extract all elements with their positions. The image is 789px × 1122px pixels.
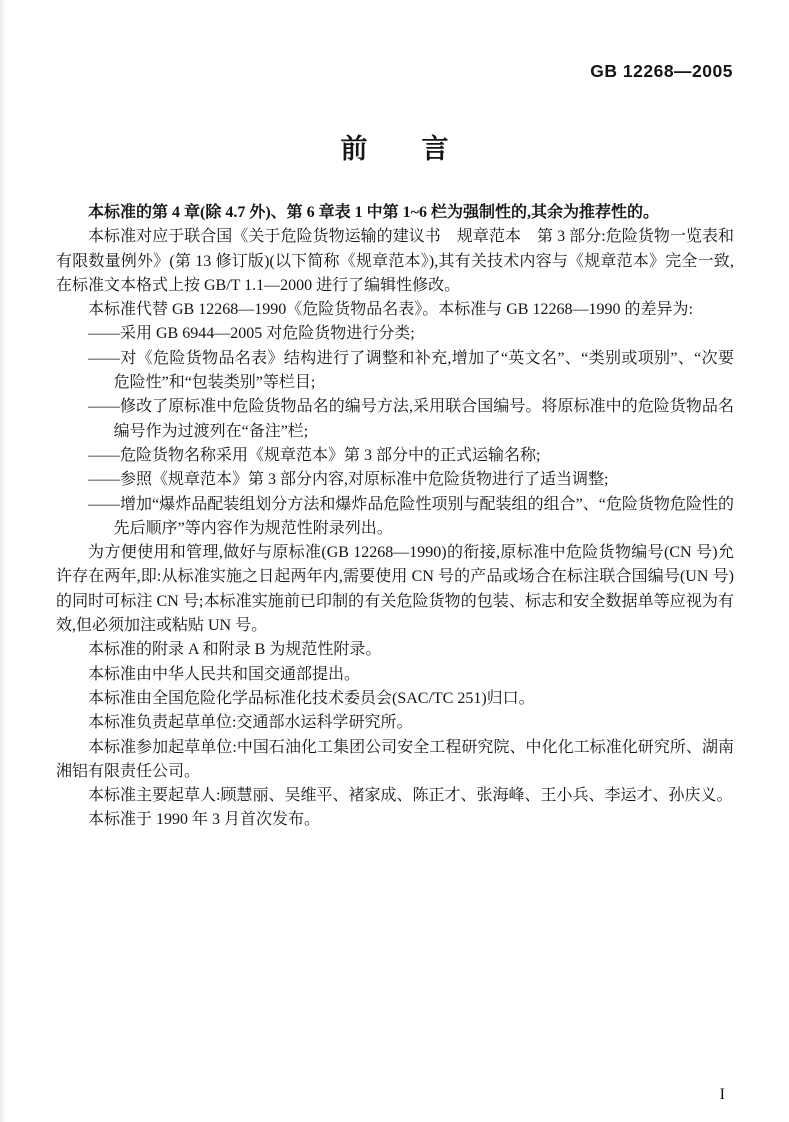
foreword-paragraph: 本标准主要起草人:顾慧丽、吴维平、褚家成、陈正才、张海峰、王小兵、李运才、孙庆义… (56, 784, 734, 808)
standard-code: GB 12268—2005 (590, 61, 733, 82)
foreword-paragraph: 本标准于 1990 年 3 月首次发布。 (56, 808, 734, 832)
foreword-body: 本标准的第 4 章(除 4.7 外)、第 6 章表 1 中第 1~6 栏为强制性… (56, 201, 734, 833)
foreword-paragraph: 本标准由全国危险化学品标准化技术委员会(SAC/TC 251)归口。 (56, 687, 734, 711)
foreword-paragraph: 本标准由中华人民共和国交通部提出。 (56, 663, 734, 687)
foreword-paragraph: 本标准参加起草单位:中国石油化工集团公司安全工程研究院、中化化工标准化研究所、湖… (56, 736, 734, 785)
foreword-list-item: ——修改了原标准中危险货物品名的编号方法,采用联合国编号。将原标准中的危险货物品… (56, 395, 734, 444)
foreword-list-item: ——对《危险货物品名表》结构进行了调整和补充,增加了“英文名”、“类别或项别”、… (56, 347, 734, 396)
foreword-list-item: ——增加“爆炸品配装组划分方法和爆炸品危险性项别与配装组的组合”、“危险货物危险… (56, 493, 734, 542)
page-title: 前 言 (0, 133, 789, 165)
foreword-paragraph: 本标准的附录 A 和附录 B 为规范性附录。 (56, 638, 734, 662)
foreword-paragraph: 本标准负责起草单位:交通部水运科学研究所。 (56, 711, 734, 735)
foreword-list-item: ——危险货物名称采用《规章范本》第 3 部分中的正式运输名称; (56, 444, 734, 468)
foreword-list-item: ——采用 GB 6944—2005 对危险货物进行分类; (56, 322, 734, 346)
foreword-list-item: ——参照《规章范本》第 3 部分内容,对原标准中危险货物进行了适当调整; (56, 468, 734, 492)
foreword-paragraph: 本标准代替 GB 12268—1990《危险货物品名表》。本标准与 GB 122… (56, 298, 734, 322)
foreword-paragraph: 为方便使用和管理,做好与原标准(GB 12268—1990)的衔接,原标准中危险… (56, 541, 734, 638)
page-number: I (720, 1086, 725, 1104)
document-page: GB 12268—2005 前 言 本标准的第 4 章(除 4.7 外)、第 6… (0, 0, 789, 1122)
foreword-paragraph: 本标准对应于联合国《关于危险货物运输的建议书 规章范本 第 3 部分:危险货物一… (56, 225, 734, 298)
foreword-paragraph: 本标准的第 4 章(除 4.7 外)、第 6 章表 1 中第 1~6 栏为强制性… (56, 201, 734, 225)
